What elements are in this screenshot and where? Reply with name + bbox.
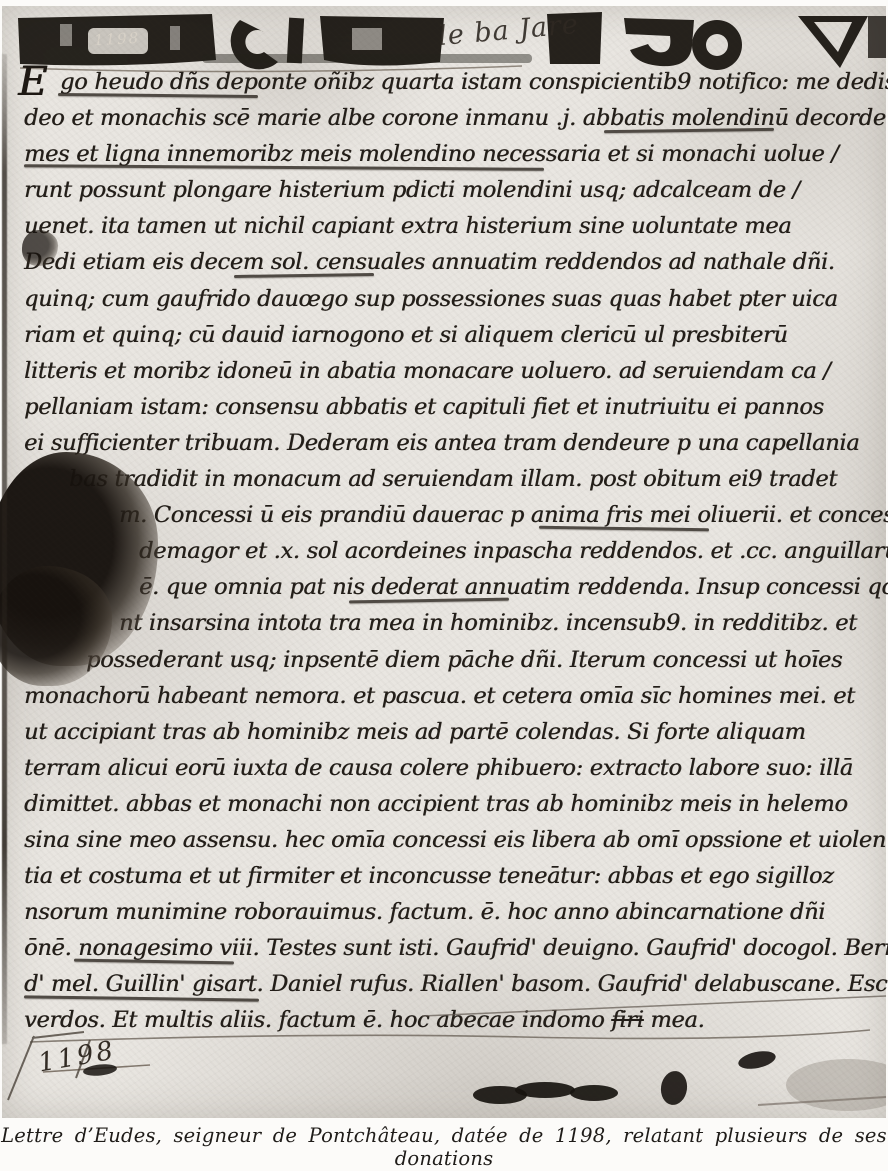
manuscript-line: runt possunt plongare histerium pdicti m…	[24, 172, 876, 208]
shading-patch	[786, 1059, 886, 1111]
manuscript-photograph: 1198 le ba Jare E go heudo dñs deponte o…	[2, 6, 886, 1118]
ink-smudge	[570, 1085, 618, 1101]
manuscript-line: litteris et moribz idoneū in abatia mona…	[24, 353, 876, 389]
manuscript-line-final: verdos. Et multis aliis. factum ē. hoc a…	[24, 1002, 876, 1038]
manuscript-line: deo et monachis scē marie albe corone in…	[24, 100, 876, 136]
archival-year-note-bottom: 1198	[36, 1035, 118, 1078]
manuscript-line: uenet. ita tamen ut nichil capiant extra…	[24, 208, 876, 244]
manuscript-line: ei sufficienter tribuam. Dederam eis ant…	[24, 425, 876, 461]
manuscript-line: terram alicui eorū iuxta de causa colere…	[24, 750, 876, 786]
manuscript-line: nt insarsina intota tra mea in hominibz.…	[24, 605, 876, 641]
photo-bottom-edge	[758, 1097, 886, 1105]
manuscript-line: pellaniam istam: consensu abbatis et cap…	[24, 389, 876, 425]
manuscript-line: dimittet. abbas et monachi non accipient…	[24, 786, 876, 822]
manuscript-line: Dedi etiam eis decem sol. censuales annu…	[24, 244, 876, 280]
final-line-post: mea.	[643, 1007, 704, 1033]
struck-word: firi	[611, 1007, 643, 1033]
ink-smear	[202, 54, 532, 63]
manuscript-line: sina sine meo assensu. hec omīa concessi…	[24, 822, 876, 858]
photo-left-edge-shadow	[2, 54, 7, 1044]
manuscript-line: nsorum munimine roborauimus. factum. ē. …	[24, 894, 876, 930]
manuscript-line: quinq; cum gaufrido dauœgo sup possessio…	[24, 281, 876, 317]
archival-year-note-top: 1198	[94, 29, 141, 49]
letter-fragment-J	[624, 18, 694, 66]
manuscript-line: riam et quinq; cū dauid iarnogono et si …	[24, 317, 876, 353]
letter-fragment-V	[798, 16, 868, 68]
ink-smudge	[737, 1048, 777, 1072]
manuscript-line: bas tradidit in monacum ad seruiendam il…	[24, 461, 876, 497]
manuscript-line: monachorū habeant nemora. et pascua. et …	[24, 678, 876, 714]
manuscript-line: possederant usq; inpsentē diem pāche dñi…	[24, 642, 876, 678]
ink-smudge	[659, 1069, 689, 1106]
letter-fragment-d	[692, 20, 742, 70]
letter-fragment	[868, 16, 886, 58]
final-line-pre: verdos. Et multis aliis. factum ē. hoc a…	[24, 1007, 611, 1033]
ink-smudge	[515, 1082, 575, 1098]
manuscript-line: tia et costuma et ut firmiter et inconcu…	[24, 858, 876, 894]
scanned-page: 1198 le ba Jare E go heudo dñs deponte o…	[0, 0, 888, 1171]
ink-smudge	[473, 1086, 527, 1104]
manuscript-line: ut accipiant tras ab hominibz meis ad pa…	[24, 714, 876, 750]
caption: Lettre d’Eudes, seigneur de Pontchâteau,…	[0, 1124, 888, 1170]
